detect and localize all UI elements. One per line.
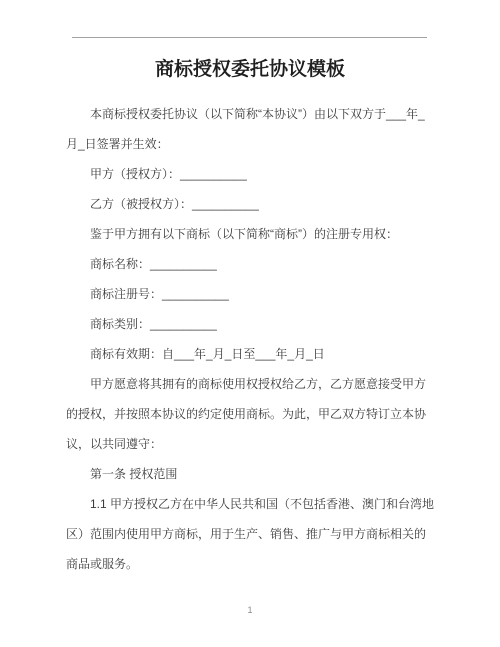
paragraph: 商标注册号：__________	[66, 279, 436, 309]
document-body: 本商标授权委托协议（以下简称“本协议”）由以下双方于___年_月_日签署并生效：…	[66, 99, 436, 579]
paragraph: 甲方愿意将其拥有的商标使用权授权给乙方，乙方愿意接受甲方的授权，并按照本协议的约…	[66, 369, 436, 459]
document-page: 商标授权委托协议模板 本商标授权委托协议（以下简称“本协议”）由以下双方于___…	[0, 0, 500, 647]
paragraph: 本商标授权委托协议（以下简称“本协议”）由以下双方于___年_月_日签署并生效：	[66, 99, 436, 159]
paragraph: 商标类别：__________	[66, 309, 436, 339]
paragraph: 乙方（被授权方）：__________	[66, 189, 436, 219]
paragraph: 鉴于甲方拥有以下商标（以下简称“商标”）的注册专用权：	[66, 219, 436, 249]
paragraph: 1.1 甲方授权乙方在中华人民共和国（不包括香港、澳门和台湾地区）范围内使用甲方…	[66, 489, 436, 579]
paragraph: 商标名称：__________	[66, 249, 436, 279]
paragraph: 第一条 授权范围	[66, 459, 436, 489]
paragraph: 甲方（授权方）：__________	[66, 159, 436, 189]
header-divider	[72, 37, 427, 38]
document-title: 商标授权委托协议模板	[0, 55, 500, 85]
page-number: 1	[0, 604, 500, 616]
paragraph: 商标有效期：自___年_月_日至___年_月_日	[66, 339, 436, 369]
